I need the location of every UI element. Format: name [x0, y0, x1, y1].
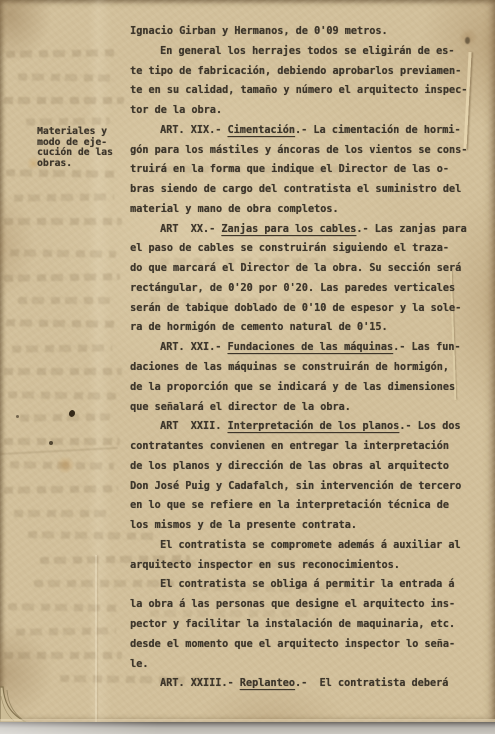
text-segment: el paso de cables se construirán siguien…: [130, 243, 449, 254]
text-segment: le.: [130, 659, 148, 670]
bleedthrough-text-trace: [4, 273, 120, 282]
text-segment: ART XXII.: [160, 421, 227, 432]
text-segment: Don José Puig y Cadafalch, sin intervenc…: [130, 481, 461, 492]
text-line: los mismos y de la presente contrata.: [130, 516, 482, 536]
text-segment: daciones de las máquinas se construirán …: [130, 362, 449, 373]
text-segment: los mismos y de la presente contrata.: [130, 520, 357, 531]
scanner-bed-highlight: [0, 722, 495, 734]
text-segment: Ignacio Girban y Hermanos, de 0'09 metro…: [130, 26, 388, 37]
text-line: la obra á las personas que designe el ar…: [130, 595, 482, 615]
text-line: ra de hormigón de cemento natural de 0'1…: [130, 318, 482, 338]
text-segment: que señalará el director de la obra.: [130, 402, 351, 413]
text-segment: de los planos y dirección de las obras a…: [130, 461, 449, 472]
crease-mark: [0, 447, 118, 455]
text-line: contratantes convienen en entregar la in…: [130, 437, 482, 457]
text-line: El contratista se compromete además á au…: [130, 536, 482, 556]
bleedthrough-text-trace: [4, 368, 122, 375]
text-line: te en su calidad, tamaño y número el arq…: [130, 81, 482, 101]
text-segment: ART. XXI.-: [160, 342, 227, 353]
text-line: te tipo de fabricación, debiendo aprobar…: [130, 62, 482, 82]
text-segment: ART. XIX.-: [160, 125, 227, 136]
text-segment: en lo que se refiere en la interpretació…: [130, 500, 449, 511]
scan-viewport: Materiales ymodo de eje-cución de lasobr…: [0, 0, 495, 734]
ink-speck: [49, 441, 53, 445]
text-segment: .- Los dos: [399, 421, 460, 432]
text-line: le.: [130, 655, 482, 675]
text-line: bras siendo de cargo del contratista el …: [130, 180, 482, 200]
text-segment: te en su calidad, tamaño y número el arq…: [130, 85, 467, 96]
text-segment: ART. XXIII.-: [160, 678, 240, 689]
bleedthrough-text-trace: [4, 218, 122, 225]
text-segment: de la proporción que se indicará y de la…: [130, 382, 455, 393]
text-segment: El contratista se obliga á permitir la e…: [160, 579, 454, 590]
text-line: En general los herrajes todos se eligirá…: [130, 42, 482, 62]
text-segment: En general los herrajes todos se eligirá…: [160, 46, 454, 57]
scanner-bed: [0, 722, 495, 734]
bleedthrough-text-trace: [4, 652, 122, 659]
page-curl: [0, 686, 28, 723]
margin-note: Materiales ymodo de eje-cución de lasobr…: [37, 127, 113, 170]
article-title: Replanteo: [240, 678, 295, 689]
bleedthrough-text-trace: [16, 627, 116, 635]
text-segment: tor de la obra.: [130, 105, 222, 116]
text-segment: .- El contratista deberá: [295, 678, 448, 689]
text-segment: la obra á las personas que designe el ar…: [130, 599, 455, 610]
text-segment: rectángular, de 0'20 por 0'20. Las pared…: [130, 283, 455, 294]
text-segment: pector y facilitar la instalación de maq…: [130, 619, 455, 630]
text-segment: desde el momento que el arquitecto inspe…: [130, 639, 455, 650]
text-segment: arquitecto inspector en sus reconocimien…: [130, 560, 400, 571]
crease-mark: [95, 555, 97, 723]
bleedthrough-text-trace: [14, 510, 112, 517]
bleedthrough-text-trace: [4, 485, 118, 494]
text-segment: truirá en la forma que indique el Direct…: [130, 164, 449, 175]
text-line: arquitecto inspector en sus reconocimien…: [130, 556, 482, 576]
article-title: Interpretación de los planos: [227, 421, 399, 432]
text-line: de la proporción que se indicará y de la…: [130, 378, 482, 398]
text-line: El contratista se obliga á permitir la e…: [130, 575, 482, 595]
text-line: pector y facilitar la instalación de maq…: [130, 615, 482, 635]
bleedthrough-text-trace: [6, 319, 116, 328]
bleedthrough-text-trace: [8, 391, 116, 400]
bleedthrough-text-trace: [18, 297, 110, 304]
text-line: que señalará el director de la obra.: [130, 398, 482, 418]
text-line: ART XX.- Zanjas para los cables.- Las za…: [130, 220, 482, 240]
text-line: ART. XIX.- Cimentación.- La cimentación …: [130, 121, 482, 141]
margin-note-line: obras.: [37, 159, 113, 170]
bleedthrough-text-trace: [14, 193, 114, 201]
text-line: truirá en la forma que indique el Direct…: [130, 160, 482, 180]
text-line: serán de tabique doblado de 0'10 de espe…: [130, 299, 482, 319]
text-segment: do que marcará el Director de la obra. S…: [130, 263, 461, 274]
article-title: Fundaciones de las máquinas: [227, 342, 393, 353]
bleedthrough-text-trace: [4, 438, 120, 445]
bleedthrough-text-trace: [10, 461, 114, 469]
text-line: ART. XXI.- Fundaciones de las máquinas.-…: [130, 338, 482, 358]
text-line: daciones de las máquinas se construirán …: [130, 358, 482, 378]
text-line: rectángular, de 0'20 por 0'20. Las pared…: [130, 279, 482, 299]
text-segment: te tipo de fabricación, debiendo aprobar…: [130, 66, 461, 77]
article-title: Zanjas para los cables: [221, 224, 356, 235]
bleedthrough-text-trace: [12, 344, 112, 352]
text-line: el paso de cables se construirán siguien…: [130, 239, 482, 259]
ink-speck: [68, 409, 76, 418]
article-title: Cimentación: [227, 125, 294, 136]
text-segment: contratantes convienen en entregar la in…: [130, 441, 449, 452]
text-segment: .- Las zanjas para: [356, 224, 466, 235]
text-segment: gón para los mástiles y áncoras de los v…: [130, 145, 467, 156]
text-segment: serán de tabique doblado de 0'10 de espe…: [130, 303, 461, 314]
bleedthrough-text-trace: [8, 603, 120, 612]
bleedthrough-text-trace: [4, 97, 124, 104]
scanned-page: Materiales ymodo de eje-cución de lasobr…: [0, 0, 495, 723]
text-segment: El contratista se compromete además á au…: [160, 540, 461, 551]
bleedthrough-text-trace: [26, 117, 110, 125]
bleedthrough-text-trace: [6, 169, 118, 178]
text-line: Don José Puig y Cadafalch, sin intervenc…: [130, 477, 482, 497]
text-line: material y mano de obra completos.: [130, 200, 482, 220]
bleedthrough-text-trace: [18, 73, 114, 81]
text-segment: ra de hormigón de cemento natural de 0'1…: [130, 322, 388, 333]
text-segment: .- La cimentación de hormi-: [295, 125, 461, 136]
text-line: do que marcará el Director de la obra. S…: [130, 259, 482, 279]
text-line: gón para los mástiles y áncoras de los v…: [130, 141, 482, 161]
bleedthrough-text-trace: [10, 249, 116, 257]
text-line: en lo que se refiere en la interpretació…: [130, 496, 482, 516]
text-line: ART. XXIII.- Replanteo.- El contratista …: [130, 674, 482, 694]
bleedthrough-text-trace: [6, 49, 118, 58]
text-line: tor de la obra.: [130, 101, 482, 121]
text-segment: material y mano de obra completos.: [130, 204, 339, 215]
bleedthrough-text-trace: [20, 413, 110, 421]
text-line: ART XXII. Interpretación de los planos.-…: [130, 417, 482, 437]
text-line: Ignacio Girban y Hermanos, de 0'09 metro…: [130, 22, 482, 42]
text-segment: .- Las fun-: [393, 342, 460, 353]
document-body: Ignacio Girban y Hermanos, de 0'09 metro…: [130, 22, 482, 694]
text-segment: bras siendo de cargo del contratista el …: [130, 184, 461, 195]
ink-speck: [16, 415, 19, 418]
text-line: de los planos y dirección de las obras a…: [130, 457, 482, 477]
text-line: desde el momento que el arquitecto inspe…: [130, 635, 482, 655]
text-segment: ART XX.-: [160, 224, 221, 235]
